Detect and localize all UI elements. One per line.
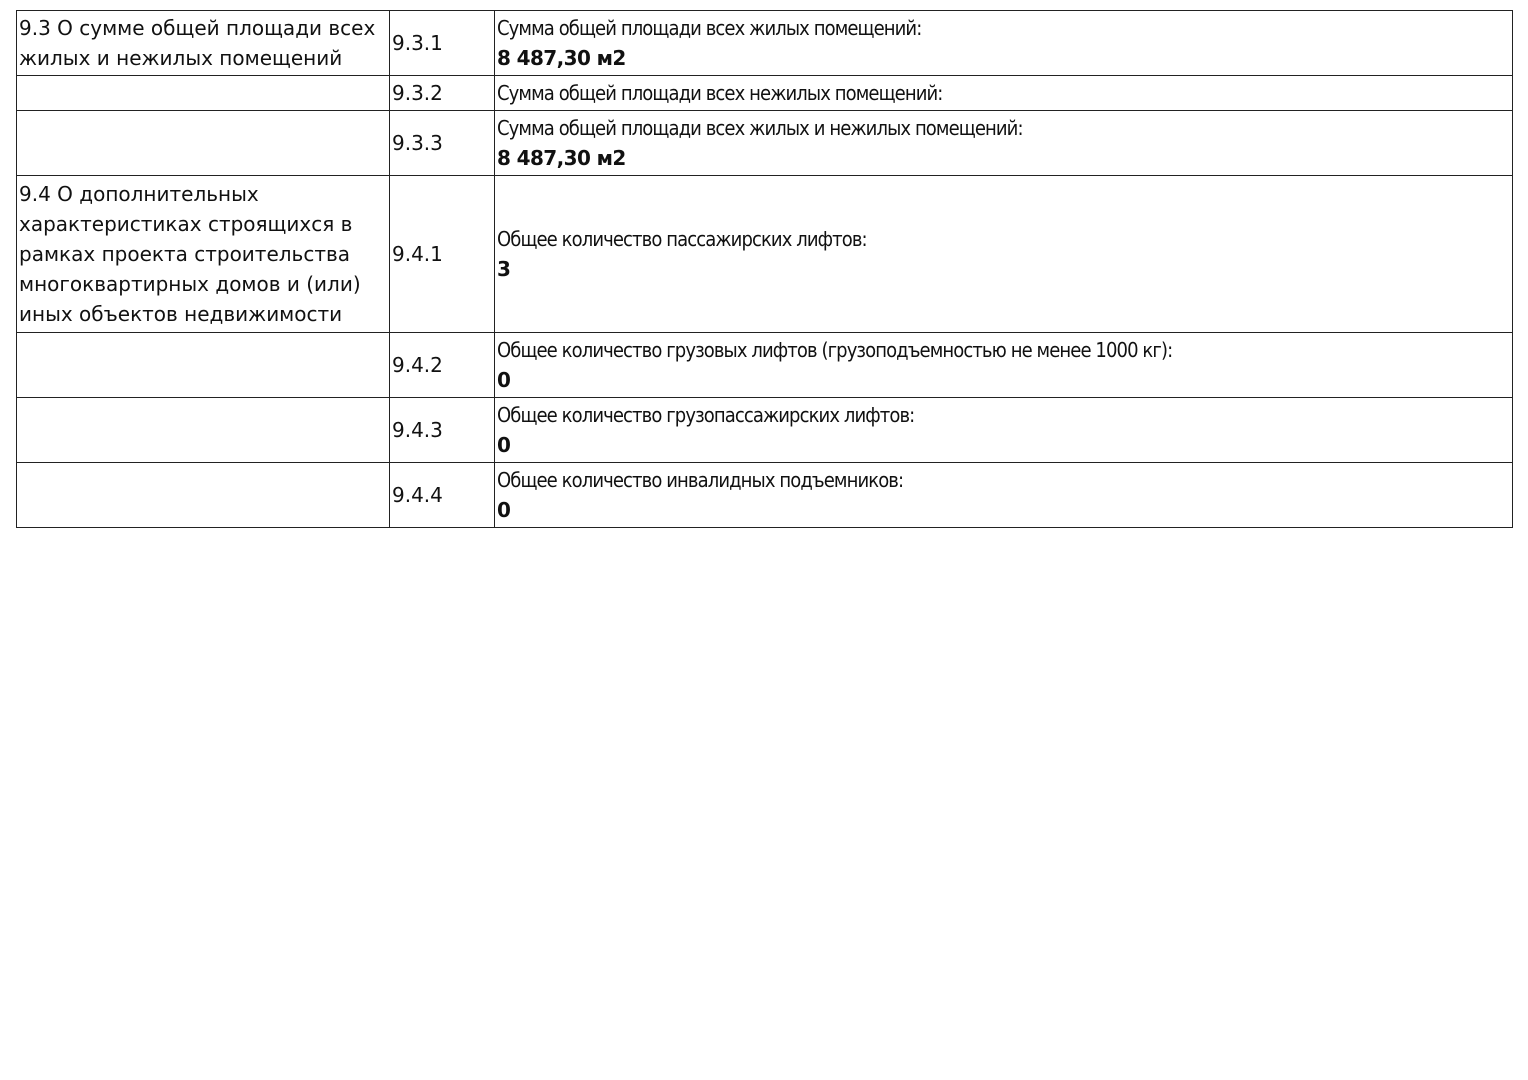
section-title (17, 398, 390, 463)
project-characteristics-table: 9.3 О сумме общей площади всех жилых и н… (16, 10, 1513, 528)
item-value: 8 487,30 м2 (497, 143, 1510, 173)
section-title (17, 463, 390, 528)
table-row: 9.3.3 Сумма общей площади всех жилых и н… (17, 111, 1513, 176)
item-value: 0 (497, 365, 1510, 395)
section-title: 9.3 О сумме общей площади всех жилых и н… (17, 11, 390, 76)
item-label: Сумма общей площади всех жилых помещений… (497, 13, 1510, 43)
item-description: Общее количество грузопассажирских лифто… (495, 398, 1513, 463)
item-label: Сумма общей площади всех жилых и нежилых… (497, 113, 1510, 143)
item-code: 9.3.1 (390, 11, 495, 76)
item-code: 9.4.3 (390, 398, 495, 463)
table-row: 9.4.4 Общее количество инвалидных подъем… (17, 463, 1513, 528)
table-row: 9.3.2 Сумма общей площади всех нежилых п… (17, 76, 1513, 111)
item-value: 3 (497, 254, 1510, 284)
item-label: Сумма общей площади всех нежилых помещен… (497, 78, 1510, 108)
item-code: 9.3.2 (390, 76, 495, 111)
table-row: 9.4.3 Общее количество грузопассажирских… (17, 398, 1513, 463)
item-value: 0 (497, 495, 1510, 525)
item-label: Общее количество грузовых лифтов (грузоп… (497, 335, 1510, 365)
item-description: Сумма общей площади всех нежилых помещен… (495, 76, 1513, 111)
item-code: 9.3.3 (390, 111, 495, 176)
section-title (17, 333, 390, 398)
item-description: Сумма общей площади всех жилых и нежилых… (495, 111, 1513, 176)
item-code: 9.4.1 (390, 176, 495, 333)
item-code: 9.4.4 (390, 463, 495, 528)
table-row: 9.3 О сумме общей площади всех жилых и н… (17, 11, 1513, 76)
item-value: 8 487,30 м2 (497, 43, 1510, 73)
item-label: Общее количество грузопассажирских лифто… (497, 400, 1510, 430)
item-value: 0 (497, 430, 1510, 460)
table-row: 9.4 О дополнительных характеристиках стр… (17, 176, 1513, 333)
section-title (17, 76, 390, 111)
item-description: Сумма общей площади всех жилых помещений… (495, 11, 1513, 76)
item-description: Общее количество грузовых лифтов (грузоп… (495, 333, 1513, 398)
section-title (17, 111, 390, 176)
item-description: Общее количество пассажирских лифтов: 3 (495, 176, 1513, 333)
table-row: 9.4.2 Общее количество грузовых лифтов (… (17, 333, 1513, 398)
item-label: Общее количество пассажирских лифтов: (497, 224, 1510, 254)
section-title: 9.4 О дополнительных характеристиках стр… (17, 176, 390, 333)
item-description: Общее количество инвалидных подъемников:… (495, 463, 1513, 528)
item-code: 9.4.2 (390, 333, 495, 398)
item-label: Общее количество инвалидных подъемников: (497, 465, 1510, 495)
